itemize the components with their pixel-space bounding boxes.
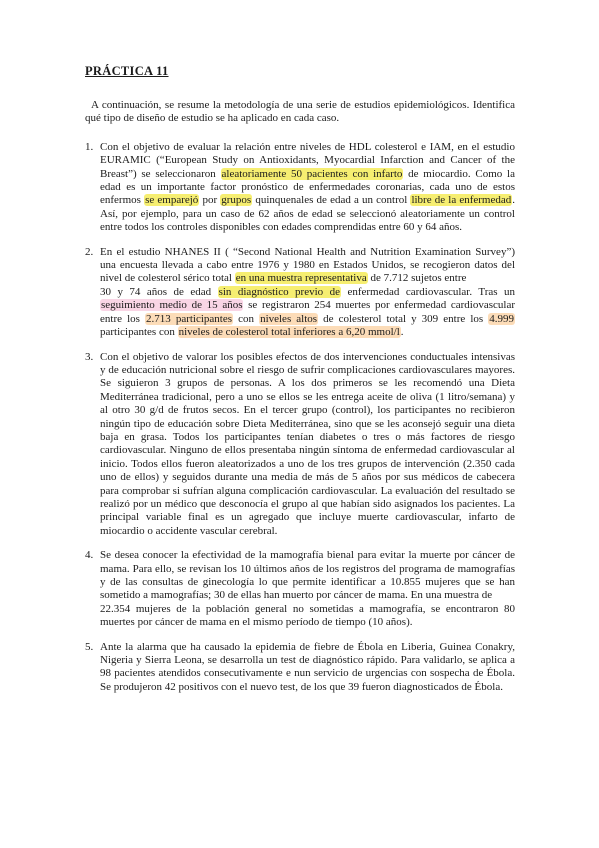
item-number: 1. bbox=[85, 141, 100, 235]
item-text: Con el objetivo de valorar los posibles … bbox=[100, 351, 515, 539]
item-text: Con el objetivo de evaluar la relación e… bbox=[100, 141, 515, 235]
highlighted-text: seguimiento medio de 15 años bbox=[100, 299, 243, 311]
study-item-2: 2. En el estudio NHANES II ( “Second Nat… bbox=[85, 246, 515, 340]
highlighted-text: libre de la enfermedad bbox=[410, 194, 512, 206]
highlighted-text: niveles altos bbox=[259, 313, 318, 325]
text-segment: 22.354 mujeres de la población general n… bbox=[100, 603, 515, 628]
text-segment: participantes con bbox=[100, 326, 178, 338]
text-segment: . bbox=[401, 326, 404, 338]
text-segment: Se desea conocer la efectividad de la ma… bbox=[100, 549, 515, 601]
item-text: En el estudio NHANES II ( “Second Nation… bbox=[100, 246, 515, 340]
page-title: PRÁCTICA 11 bbox=[85, 64, 515, 79]
item-number: 5. bbox=[85, 641, 100, 695]
study-item-3: 3. Con el objetivo de valorar los posibl… bbox=[85, 351, 515, 539]
text-segment: con bbox=[233, 313, 259, 325]
highlighted-text: aleatoriamente 50 pacientes con infarto bbox=[221, 168, 404, 180]
highlighted-text: se emparejó bbox=[144, 194, 199, 206]
text-segment: enfermedad cardiovascular. Tras un bbox=[341, 286, 515, 298]
highlighted-text: 4.999 bbox=[488, 313, 515, 325]
text-segment: de colesterol total y 309 entre los bbox=[318, 313, 488, 325]
text-segment: por bbox=[199, 194, 220, 206]
document-page: PRÁCTICA 11 A continuación, se resume la… bbox=[0, 0, 599, 848]
item-number: 4. bbox=[85, 549, 100, 629]
study-item-1: 1. Con el objetivo de evaluar la relació… bbox=[85, 141, 515, 235]
text-segment: 30 y 74 años de edad bbox=[100, 286, 218, 298]
item-number: 3. bbox=[85, 351, 100, 539]
item-number: 2. bbox=[85, 246, 100, 340]
highlighted-text: grupos bbox=[220, 194, 252, 206]
study-list: 1. Con el objetivo de evaluar la relació… bbox=[85, 141, 515, 694]
item-text: Se desea conocer la efectividad de la ma… bbox=[100, 549, 515, 629]
item-text: Ante la alarma que ha causado la epidemi… bbox=[100, 641, 515, 695]
study-item-4: 4. Se desea conocer la efectividad de la… bbox=[85, 549, 515, 629]
text-segment: Ante la alarma que ha causado la epidemi… bbox=[100, 641, 515, 693]
text-segment: quinquenales de edad a un control bbox=[252, 194, 410, 206]
study-item-5: 5. Ante la alarma que ha causado la epid… bbox=[85, 641, 515, 695]
text-segment: de 7.712 sujetos entre bbox=[368, 272, 467, 284]
intro-paragraph: A continuación, se resume la metodología… bbox=[85, 99, 515, 126]
highlighted-text: en una muestra representativa bbox=[235, 272, 368, 284]
highlighted-text: niveles de colesterol total inferiores a… bbox=[178, 326, 401, 338]
text-segment: Con el objetivo de valorar los posibles … bbox=[100, 351, 515, 537]
highlighted-text: 2.713 participantes bbox=[145, 313, 233, 325]
highlighted-text: sin diagnóstico previo de bbox=[218, 286, 341, 298]
